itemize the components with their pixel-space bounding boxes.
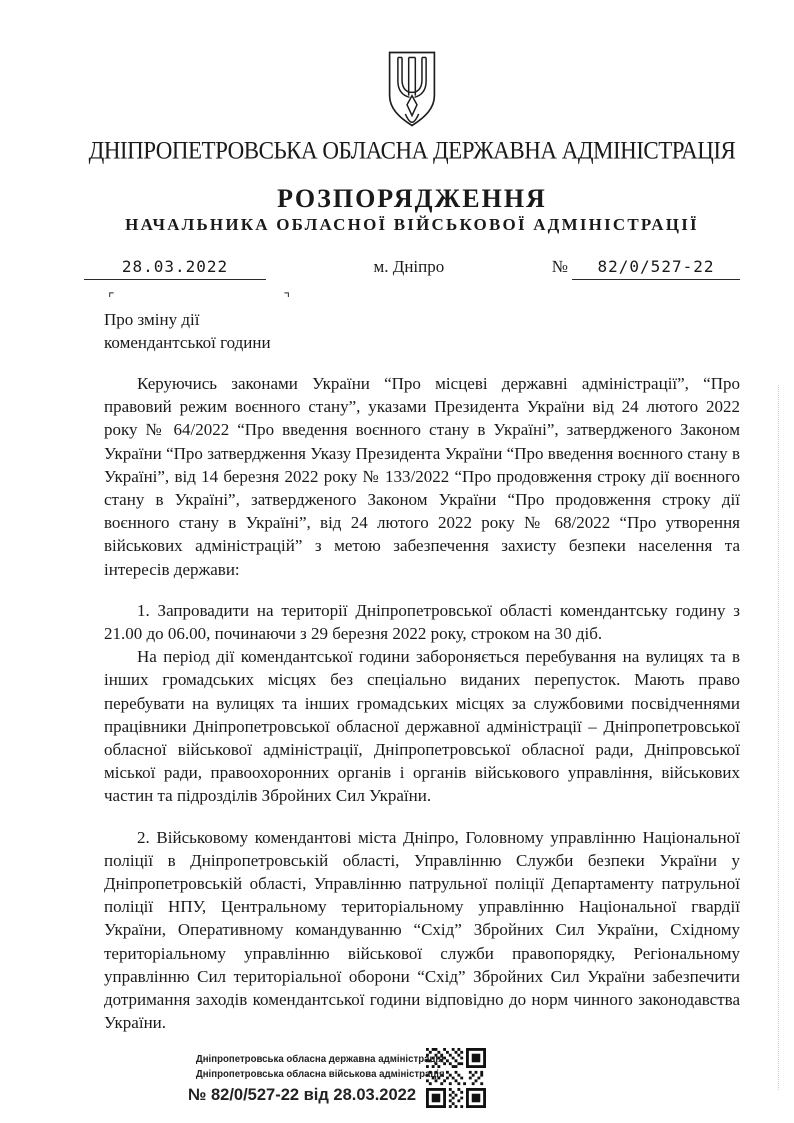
doc-number-wrap: № 82/0/527-22 bbox=[552, 257, 740, 280]
subject-corner-marks: ⌜ ⌝ bbox=[108, 295, 290, 305]
scan-artifact-line bbox=[778, 385, 779, 1090]
ukraine-trident-emblem-icon bbox=[387, 50, 437, 128]
stamp-org-line: Дніпропетровська обласна державна адміні… bbox=[196, 1052, 376, 1067]
org-name: ДНІПРОПЕТРОВСЬКА ОБЛАСНА ДЕРЖАВНА АДМІНІ… bbox=[84, 137, 740, 165]
paragraph-item-1: 1. Запровадити на території Дніпропетров… bbox=[104, 599, 740, 645]
paragraph-item-2: 2. Військовому комендантові міста Дніпро… bbox=[104, 826, 740, 1035]
document-page: ДНІПРОПЕТРОВСЬКА ОБЛАСНА ДЕРЖАВНА АДМІНІ… bbox=[0, 0, 794, 1123]
stamp-number-line: № 82/0/527-22 від 28.03.2022 bbox=[188, 1085, 384, 1105]
doc-number: 82/0/527-22 bbox=[572, 257, 740, 280]
corner-left-mark: ⌜ bbox=[108, 295, 115, 305]
emblem-wrap bbox=[84, 0, 740, 133]
subject-line: комендантської години bbox=[104, 331, 740, 354]
number-sign: № bbox=[552, 257, 572, 280]
subject-line: Про зміну дії bbox=[104, 308, 740, 331]
stamp-org-line: Дніпропетровська обласна військова адмін… bbox=[196, 1067, 376, 1082]
doc-city: м. Дніпро bbox=[266, 257, 552, 280]
corner-right-mark: ⌝ bbox=[283, 295, 290, 305]
registration-stamp: Дніпропетровська обласна державна адміні… bbox=[188, 1048, 740, 1108]
doc-date: 28.03.2022 bbox=[84, 257, 266, 280]
paragraph-preamble: Керуючись законами України “Про місцеві … bbox=[104, 372, 740, 581]
stamp-text: Дніпропетровська обласна державна адміні… bbox=[188, 1052, 384, 1105]
doc-subtitle: НАЧАЛЬНИКА ОБЛАСНОЇ ВІЙСЬКОВОЇ АДМІНІСТР… bbox=[84, 215, 740, 235]
paragraph-item-1-continued: На період дії комендантської години забо… bbox=[104, 645, 740, 807]
doc-type-title: РОЗПОРЯДЖЕННЯ bbox=[84, 184, 740, 214]
subject-block: Про зміну дії комендантської години bbox=[104, 308, 740, 354]
reference-row: 28.03.2022 м. Дніпро № 82/0/527-22 bbox=[84, 257, 740, 280]
